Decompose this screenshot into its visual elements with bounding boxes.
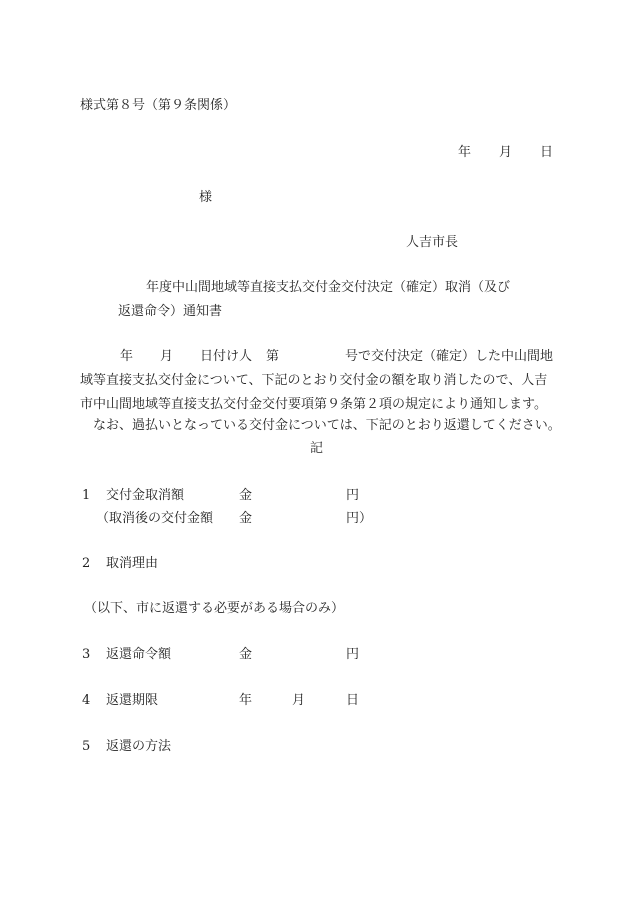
body-dai: 第 xyxy=(266,350,279,363)
item-1-prefix: 金 xyxy=(239,489,252,502)
item-3-prefix: 金 xyxy=(239,648,252,661)
item-2-label: 取消理由 xyxy=(106,557,158,570)
item-1-sub-suffix: 円） xyxy=(346,512,372,525)
item-4-month: 月 xyxy=(292,694,305,707)
item-4-year: 年 xyxy=(239,694,252,707)
item-1-label: 交付金取消額 xyxy=(106,489,184,502)
form-header: 様式第８号（第９条関係） xyxy=(80,99,236,112)
title-line-1: 年度中山間地域等直接支払交付金交付決定（確定）取消（及び xyxy=(146,281,510,294)
item-4-number: 4 xyxy=(82,694,90,707)
body-line-4: なお、過払いとなっている交付金については、下記のとおり返還してください。 xyxy=(93,419,561,432)
return-note: （以下、市に返還する必要がある場合のみ） xyxy=(84,602,344,615)
item-5-label: 返還の方法 xyxy=(106,740,171,753)
title-line-2: 返還命令）通知書 xyxy=(118,305,222,318)
item-4-label: 返還期限 xyxy=(106,694,158,707)
item-3-suffix: 円 xyxy=(346,648,359,661)
date-month: 月 xyxy=(499,146,512,159)
item-3-label: 返還命令額 xyxy=(106,648,171,661)
item-1-sub-prefix: 金 xyxy=(239,512,252,525)
body-line1-rest: 号で交付決定（確定）した中山間地 xyxy=(345,350,553,363)
body-line-3: 市中山間地域等直接支払交付金交付要項第９条第２項の規定により通知します。 xyxy=(80,398,547,411)
body-line-2: 域等直接支払交付金について、下記のとおり交付金の額を取り消したので、人吉 xyxy=(80,374,547,387)
item-4-day: 日 xyxy=(346,694,359,707)
item-2-number: 2 xyxy=(82,557,90,570)
item-1-suffix: 円 xyxy=(346,489,359,502)
addressee-suffix: 様 xyxy=(199,191,212,204)
body-day-ref: 日付け人 xyxy=(200,350,252,363)
issuer: 人吉市長 xyxy=(406,236,458,249)
date-day: 日 xyxy=(540,146,553,159)
date-year: 年 xyxy=(458,146,471,159)
body-year: 年 xyxy=(120,350,133,363)
item-5-number: 5 xyxy=(82,740,90,753)
body-month: 月 xyxy=(160,350,173,363)
item-1-number: 1 xyxy=(82,489,90,502)
item-3-number: 3 xyxy=(82,648,90,661)
ki-heading: 記 xyxy=(310,442,323,455)
item-1-sub-label: （取消後の交付金額 xyxy=(96,512,213,525)
